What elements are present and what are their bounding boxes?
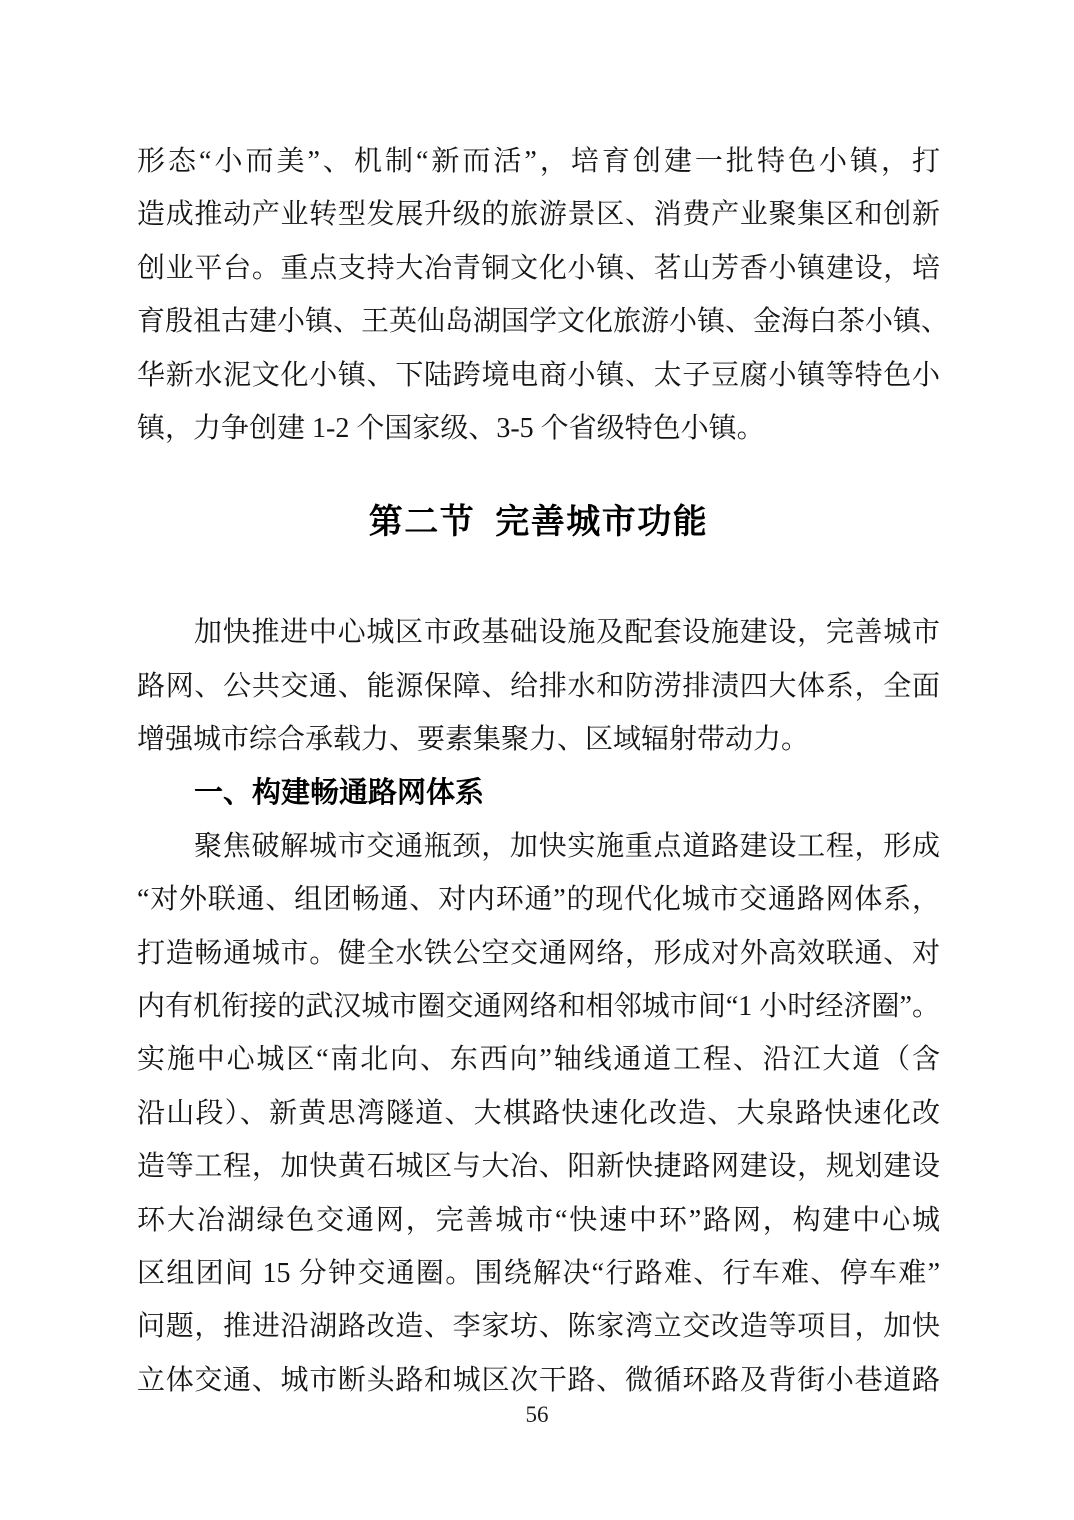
text-line: 造成推动产业转型发展升级的旅游景区、消费产业聚集区和创新 <box>137 188 940 241</box>
para-continuation-towns: 形态“小而美”、机制“新而活”，培育创建一批特色小镇，打造成推动产业转型发展升级… <box>137 135 940 455</box>
text-line: 形态“小而美”、机制“新而活”，培育创建一批特色小镇，打 <box>137 135 940 188</box>
text-line: 路网、公共交通、能源保障、给排水和防涝排渍四大体系，全面 <box>137 660 940 713</box>
text-line: 打造畅通城市。健全水铁公空交通网络，形成对外高效联通、对 <box>137 927 940 980</box>
text-line: 环大冶湖绿色交通网，完善城市“快速中环”路网，构建中心城 <box>137 1194 940 1247</box>
section-heading: 第二节 完善城市功能 <box>137 495 940 551</box>
document-content: 形态“小而美”、机制“新而活”，培育创建一批特色小镇，打造成推动产业转型发展升级… <box>137 135 940 1407</box>
text-line: 华新水泥文化小镇、下陆跨境电商小镇、太子豆腐小镇等特色小 <box>137 349 940 402</box>
text-line: 区组团间 15 分钟交通圈。围绕解决“行路难、行车难、停车难” <box>137 1247 940 1300</box>
text-line: 造等工程，加快黄石城区与大冶、阳新快捷路网建设，规划建设 <box>137 1140 940 1193</box>
text-line: 内有机衔接的武汉城市圈交通网络和相邻城市间“1 小时经济圈”。 <box>137 980 940 1033</box>
text-line: 聚焦破解城市交通瓶颈，加快实施重点道路建设工程，形成 <box>137 820 940 873</box>
text-line: 沿山段）、新黄思湾隧道、大棋路快速化改造、大泉路快速化改 <box>137 1087 940 1140</box>
para-road-network: 聚焦破解城市交通瓶颈，加快实施重点道路建设工程，形成“对外联通、组团畅通、对内环… <box>137 820 940 1407</box>
text-line: 实施中心城区“南北向、东西向”轴线通道工程、沿江大道（含 <box>137 1033 940 1086</box>
text-line: 加快推进中心城区市政基础设施及配套设施建设，完善城市 <box>137 606 940 659</box>
text-line: 创业平台。重点支持大冶青铜文化小镇、茗山芳香小镇建设，培 <box>137 242 940 295</box>
document-page: 形态“小而美”、机制“新而活”，培育创建一批特色小镇，打造成推动产业转型发展升级… <box>0 0 1074 1520</box>
page-number: 56 <box>0 1402 1074 1428</box>
text-line: 育殷祖古建小镇、王英仙岛湖国学文化旅游小镇、金海白茶小镇、 <box>137 295 940 348</box>
text-line: “对外联通、组团畅通、对内环通”的现代化城市交通路网体系， <box>137 873 940 926</box>
para-city-systems: 加快推进中心城区市政基础设施及配套设施建设，完善城市路网、公共交通、能源保障、给… <box>137 606 940 766</box>
text-line: 立体交通、城市断头路和城区次干路、微循环路及背街小巷道路 <box>137 1354 940 1407</box>
subsection-heading: 一、构建畅通路网体系 <box>137 767 940 820</box>
text-line: 增强城市综合承载力、要素集聚力、区域辐射带动力。 <box>137 713 940 766</box>
text-line: 问题，推进沿湖路改造、李家坊、陈家湾立交改造等项目，加快 <box>137 1300 940 1353</box>
text-line: 镇，力争创建 1-2 个国家级、3-5 个省级特色小镇。 <box>137 402 940 455</box>
